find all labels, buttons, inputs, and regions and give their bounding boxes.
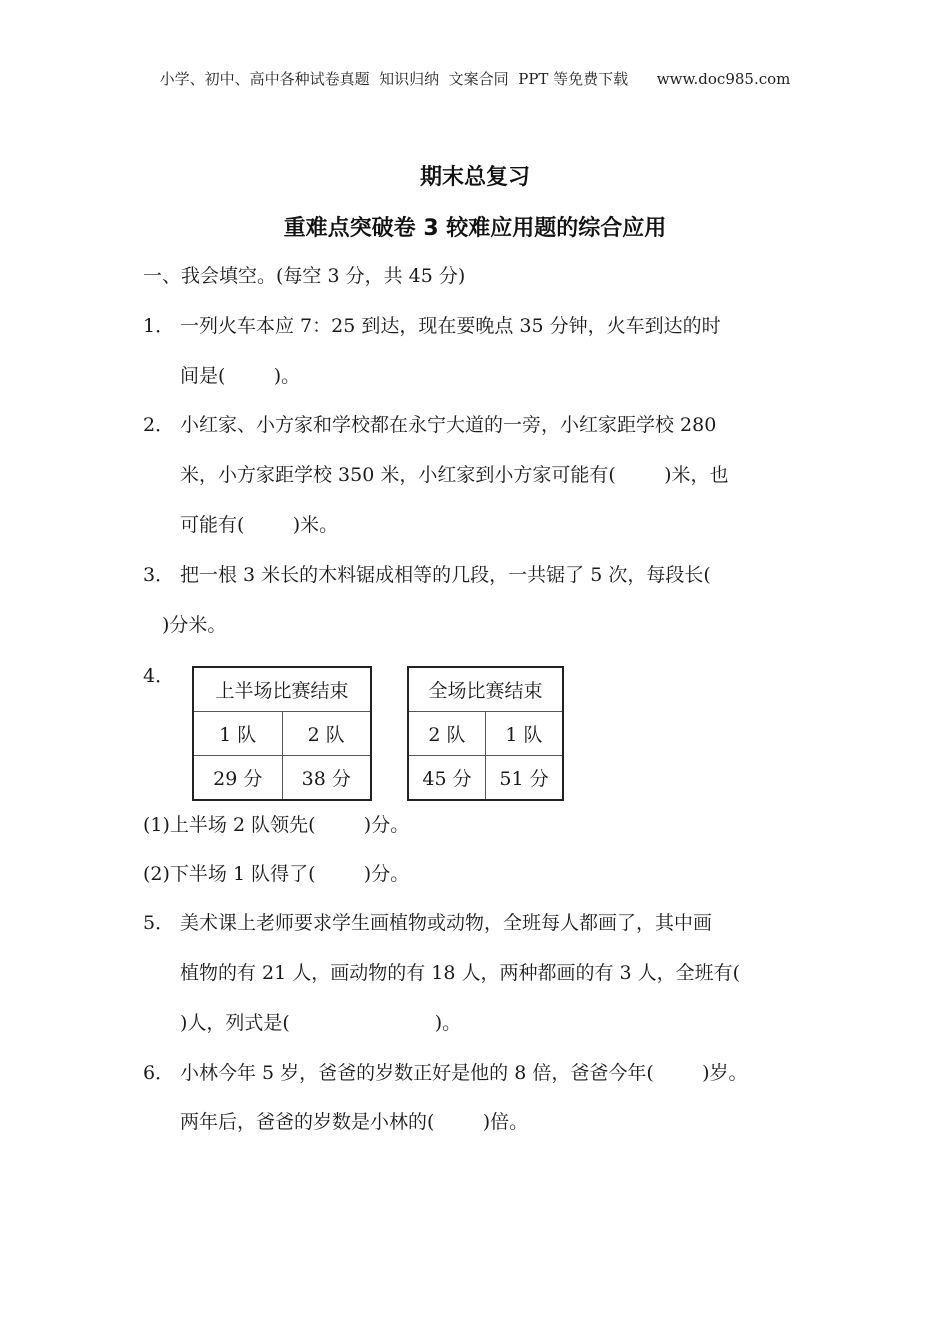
page-subtitle: 重难点突破卷 3 较难应用题的综合应用 xyxy=(0,211,950,242)
question-text: 小红家、小方家和学校都在永宁大道的一旁，小红家距学校 280 xyxy=(180,413,716,437)
section-heading: 一、我会填空。(每空 3 分，共 45 分) xyxy=(143,264,465,288)
question-number: 4． xyxy=(143,664,174,688)
site-header: 小学、初中、高中各种试卷真题 知识归纳 文案合同 PPT 等免费下载 www.d… xyxy=(0,68,950,89)
question-text: 美术课上老师要求学生画植物或动物，全班每人都画了，其中画 xyxy=(180,911,712,935)
question-text: 米，小方家距学校 350 米，小红家到小方家可能有( )米，也 xyxy=(180,463,729,487)
question-number: 1． xyxy=(143,314,174,338)
team-cell: 1 队 xyxy=(193,712,282,756)
sub-question: (2)下半场 1 队得了( )分。 xyxy=(143,862,409,886)
score-cell: 38 分 xyxy=(282,756,371,801)
question-text: 一列火车本应 7：25 到达，现在要晚点 35 分钟，火车到达的时 xyxy=(180,314,721,338)
team-cell: 2 队 xyxy=(282,712,371,756)
question-text: )人，列式是( )。 xyxy=(180,1011,461,1035)
question-number: 2． xyxy=(143,413,174,437)
score-cell: 29 分 xyxy=(193,756,282,801)
question-text: 小林今年 5 岁，爸爸的岁数正好是他的 8 倍，爸爸今年( )岁。 xyxy=(180,1061,747,1085)
question-number: 6． xyxy=(143,1061,174,1085)
team-cell: 2 队 xyxy=(408,712,486,756)
page-title: 期末总复习 xyxy=(0,160,950,191)
score-cell: 45 分 xyxy=(408,756,486,801)
question-text: 两年后，爸爸的岁数是小林的( )倍。 xyxy=(180,1110,528,1134)
sub-question: (1)上半场 2 队领先( )分。 xyxy=(143,813,409,837)
question-number: 5． xyxy=(143,911,174,935)
table-title: 上半场比赛结束 xyxy=(193,667,371,712)
team-cell: 1 队 xyxy=(486,712,564,756)
question-text: 间是( )。 xyxy=(180,364,300,388)
first-half-score-table: 上半场比赛结束 1 队 2 队 29 分 38 分 xyxy=(192,666,372,801)
table-title: 全场比赛结束 xyxy=(408,667,563,712)
question-text: 把一根 3 米长的木料锯成相等的几段，一共锯了 5 次，每段长( xyxy=(180,563,711,587)
question-text: 植物的有 21 人，画动物的有 18 人，两种都画的有 3 人，全班有( xyxy=(180,961,740,985)
question-text: 可能有( )米。 xyxy=(180,513,338,537)
full-game-score-table: 全场比赛结束 2 队 1 队 45 分 51 分 xyxy=(407,666,564,801)
question-number: 3． xyxy=(143,563,174,587)
score-cell: 51 分 xyxy=(486,756,564,801)
question-text: )分米。 xyxy=(162,613,226,637)
